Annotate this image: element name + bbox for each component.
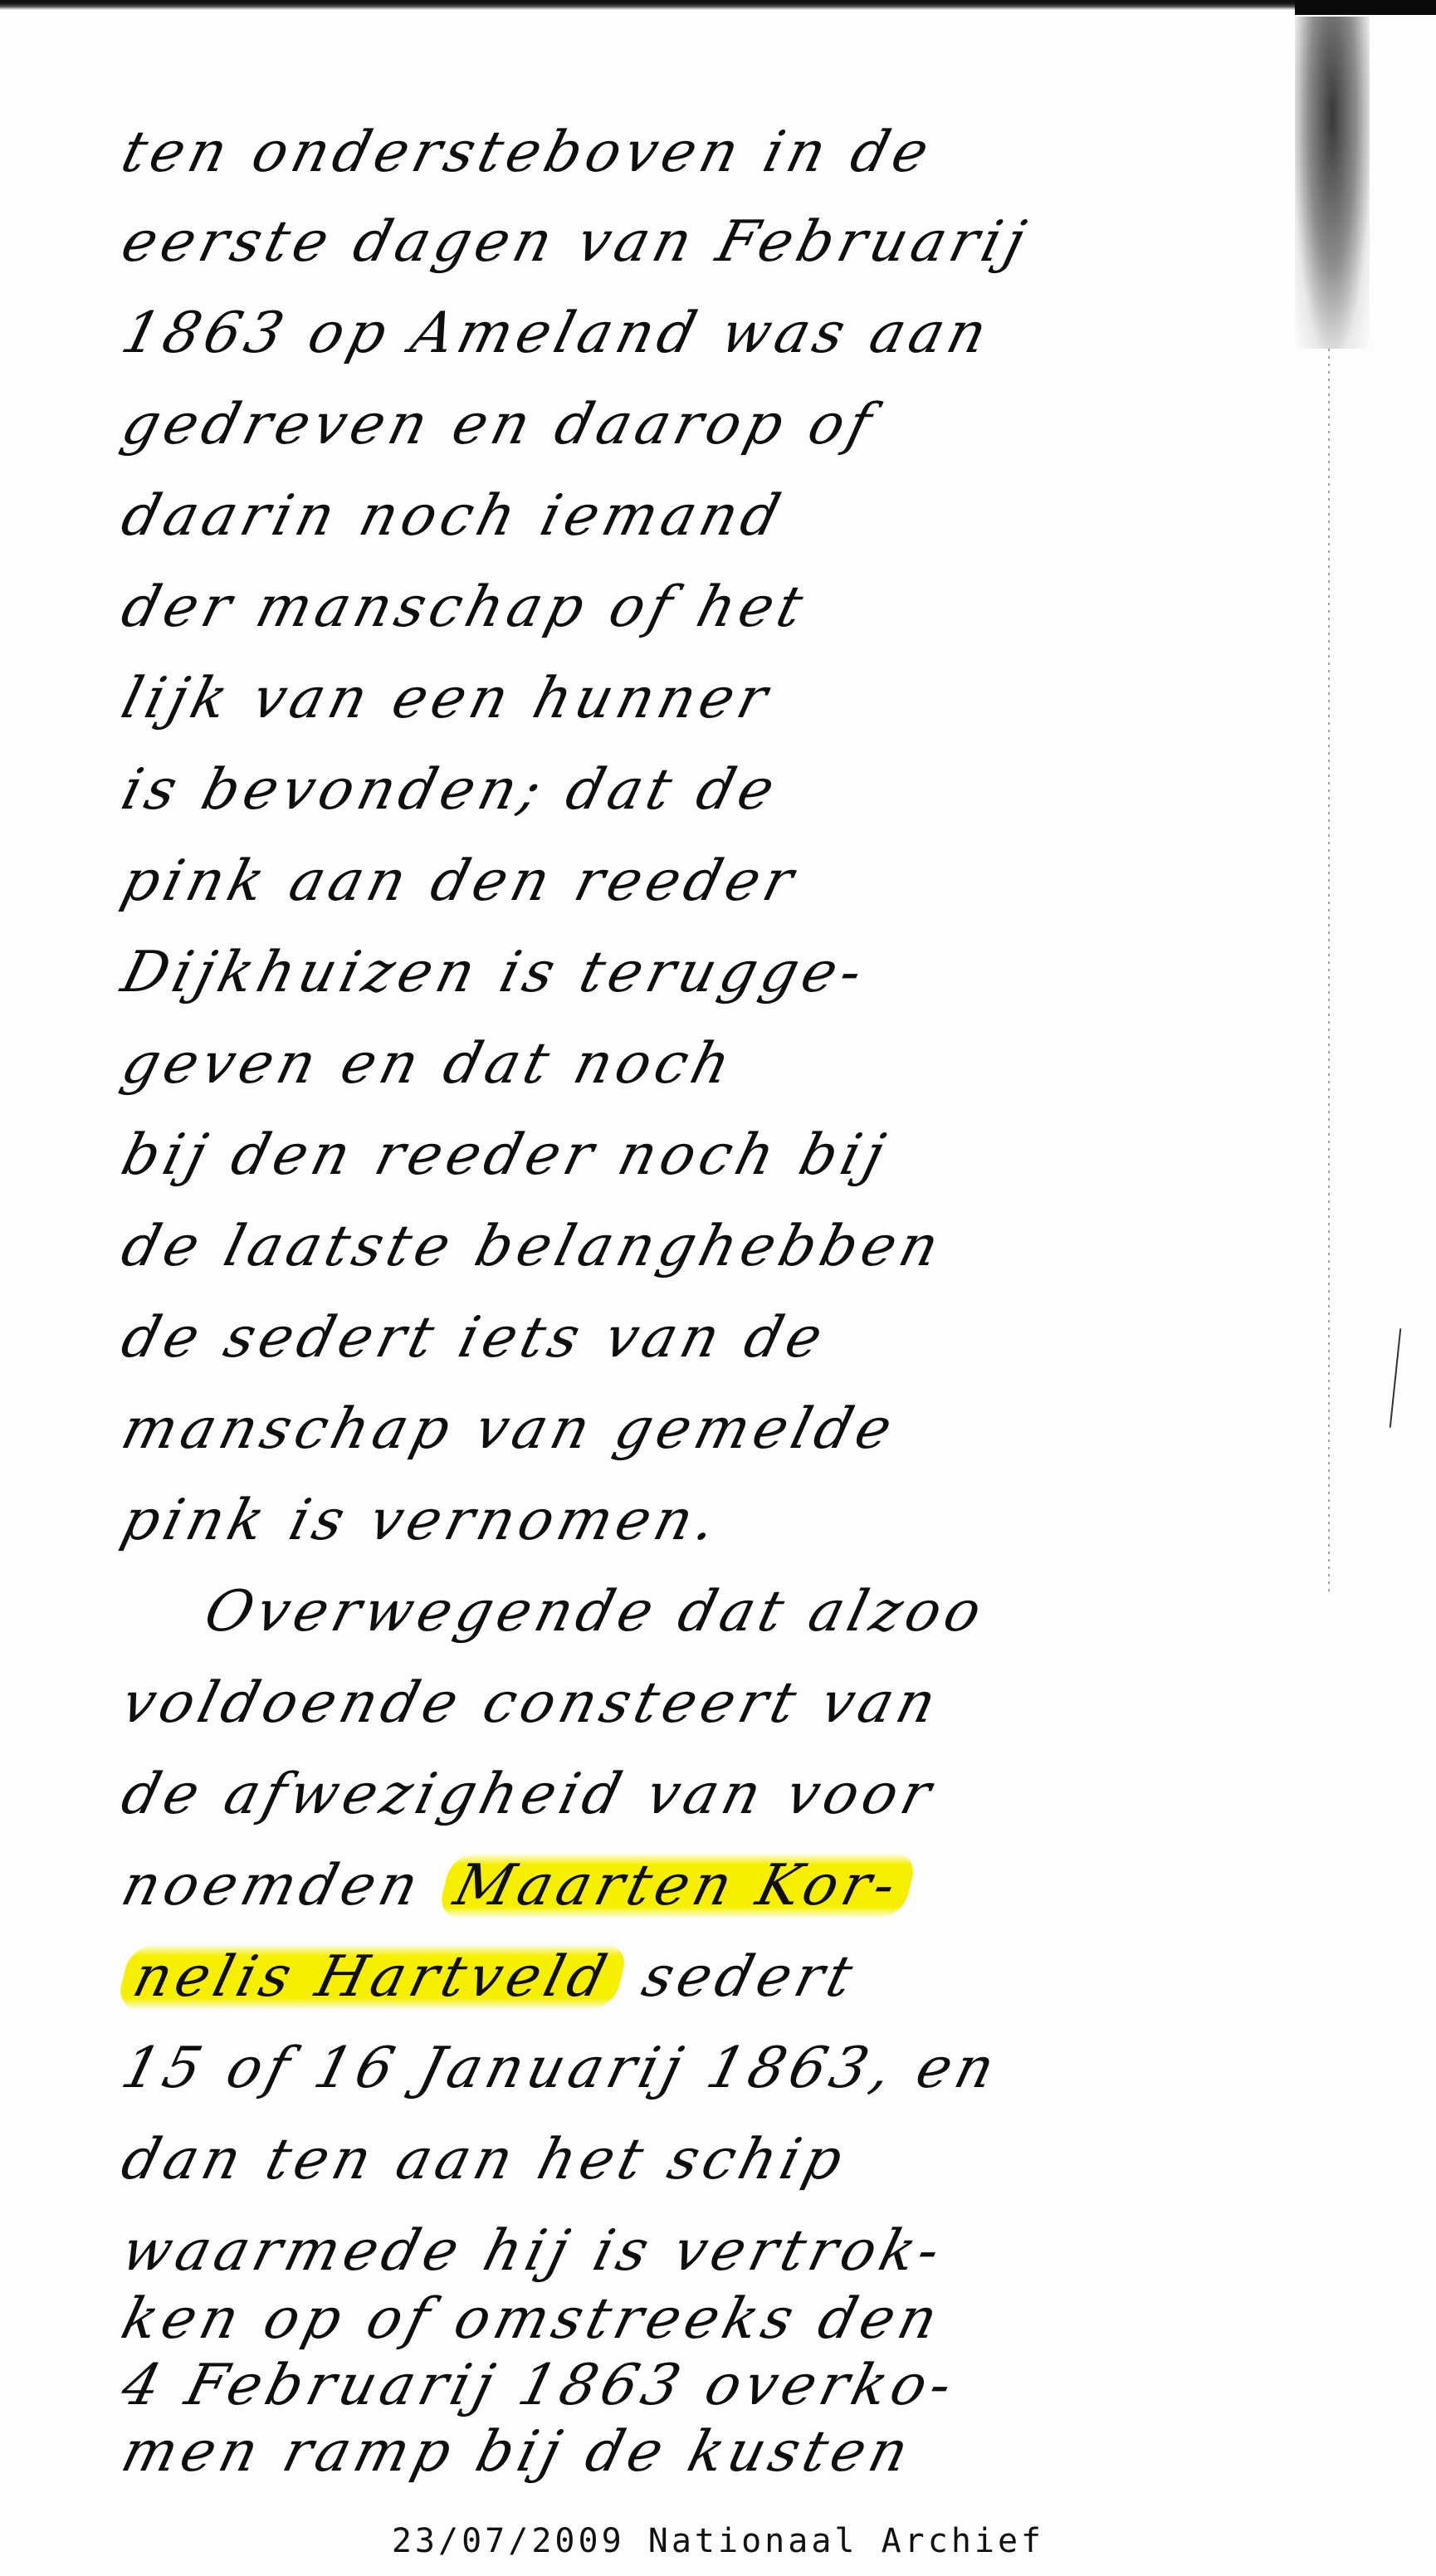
handwritten-line: voldoende consteert van <box>116 1675 946 1732</box>
handwritten-line: manschap van gemelde <box>116 1401 902 1458</box>
handwritten-line: men ramp bij de kusten <box>116 2424 918 2481</box>
handwritten-line: is bevonden; dat de <box>116 762 784 819</box>
handwritten-line: pink is vernomen. <box>116 1493 726 1549</box>
handwritten-line: der manschap of het <box>116 579 813 636</box>
highlighted-name-part: Maarten Kor- <box>436 1853 918 1919</box>
handwritten-line: 4 Februarij 1863 overko- <box>116 2358 962 2414</box>
scan-smudge <box>1295 17 1370 349</box>
handwritten-line: 15 of 16 Januarij 1863, en <box>116 2041 1004 2097</box>
highlighted-name-part: nelis Hartveld <box>115 1944 629 2010</box>
handwritten-line: dan ten aan het schip <box>116 2132 852 2188</box>
handwritten-line: pink aan den reeder <box>116 853 803 910</box>
scan-speck <box>1390 1328 1402 1428</box>
handwritten-line: eerste dagen van Februarij <box>116 214 1035 271</box>
handwritten-line: gedreven en daarop of <box>116 397 882 453</box>
scan-top-edge <box>0 0 1436 10</box>
scanned-document-page: ten ondersteboven in de eerste dagen van… <box>0 0 1436 2576</box>
handwritten-line: 1863 op Ameland was aan <box>116 306 997 362</box>
handwritten-line: de laatste belanghebben <box>116 1219 949 1275</box>
handwritten-line: bij den reeder noch bij <box>116 1127 895 1184</box>
handwritten-line: waarmede hij is vertrok- <box>116 2223 950 2280</box>
handwritten-line-with-highlight: noemden Maarten Kor- <box>116 1858 917 1914</box>
handwritten-line: lijk van een hunner <box>116 671 778 727</box>
handwritten-line: Dijkhuizen is terugge- <box>116 945 872 1001</box>
page-margin-edge <box>1328 349 1330 1594</box>
handwritten-line: de afwezigheid van voor <box>116 1767 941 1823</box>
handwritten-line: ken op of omstreeks den <box>116 2291 948 2348</box>
handwritten-line: geven en dat noch <box>116 1036 740 1092</box>
archive-stamp: 23/07/2009 Nationaal Archief <box>0 2522 1436 2560</box>
handwritten-line: daarin noch iemand <box>116 488 790 545</box>
line-text: sedert <box>636 1944 863 2010</box>
scan-top-right-edge <box>1295 0 1436 15</box>
handwritten-line: ten ondersteboven in de <box>116 125 939 181</box>
handwritten-line: de sedert iets van de <box>116 1310 833 1366</box>
paragraph-start-line: Overwegende dat alzoo <box>199 1584 991 1640</box>
handwritten-line-with-highlight: nelis Hartveld sedert <box>116 1949 862 2006</box>
line-text: noemden <box>115 1853 430 1919</box>
